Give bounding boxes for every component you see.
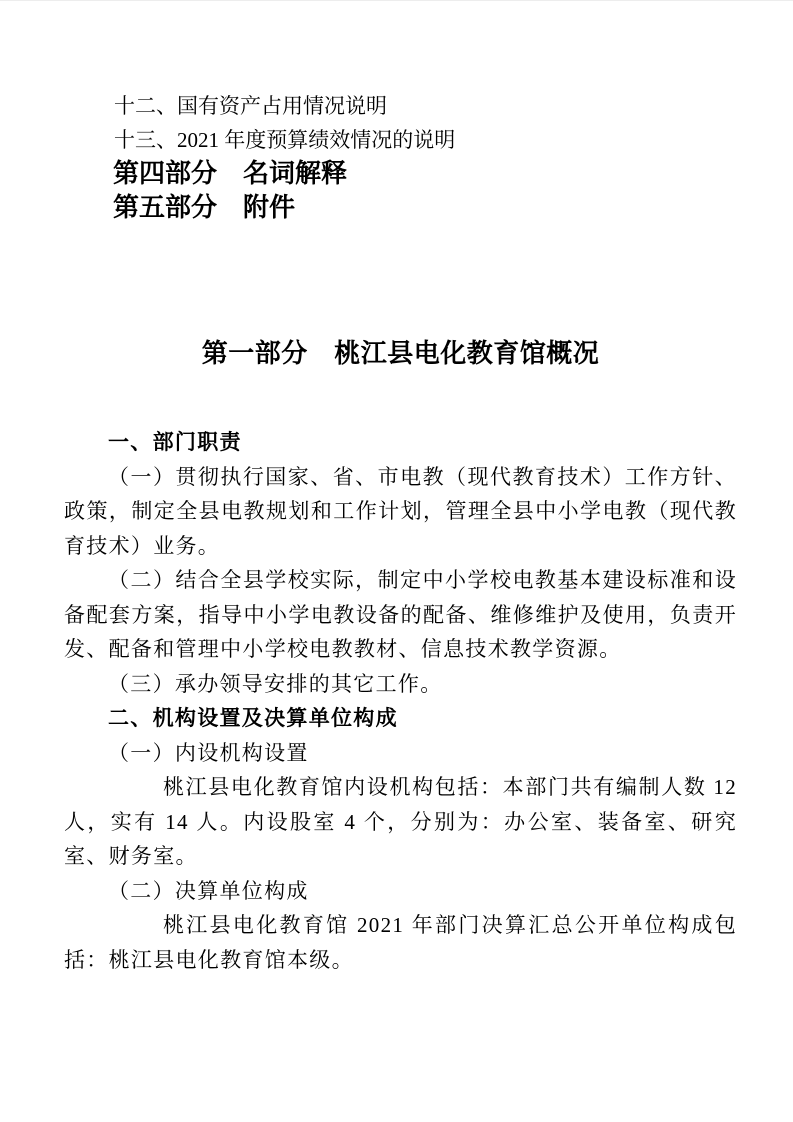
paragraph-duty-1: （一）贯彻执行国家、省、市电教（现代教育技术）工作方针、政策，制定全县电教规划和…	[64, 460, 737, 564]
part-heading-five: 第五部分 附件	[64, 191, 737, 225]
table-of-contents: 十二、国有资产占用情况说明 十三、2021 年度预算绩效情况的说明 第四部分 名…	[64, 89, 737, 225]
document-page: 十二、国有资产占用情况说明 十三、2021 年度预算绩效情况的说明 第四部分 名…	[0, 0, 793, 1122]
toc-item-12: 十二、国有资产占用情况说明	[64, 89, 737, 123]
document-body: 一、部门职责 （一）贯彻执行国家、省、市电教（现代教育技术）工作方针、政策，制定…	[64, 425, 737, 977]
paragraph-internal-setup-label: （一）内设机构设置	[64, 736, 737, 771]
paragraph-unit-composition-detail: 桃江县电化教育馆 2021 年部门决算汇总公开单位构成包括：桃江县电化教育馆本级…	[64, 908, 737, 977]
section-title: 第一部分 桃江县电化教育馆概况	[64, 332, 737, 376]
part-heading-four: 第四部分 名词解释	[64, 157, 737, 191]
paragraph-internal-setup-detail: 桃江县电化教育馆内设机构包括：本部门共有编制人数 12 人，实有 14 人。内设…	[64, 770, 737, 874]
paragraph-duty-3: （三）承办领导安排的其它工作。	[64, 667, 737, 702]
section-heading-duties: 一、部门职责	[64, 425, 737, 460]
paragraph-duty-2: （二）结合全县学校实际，制定中小学校电教基本建设标准和设备配套方案，指导中小学电…	[64, 563, 737, 667]
paragraph-unit-composition-label: （二）决算单位构成	[64, 874, 737, 909]
toc-item-13: 十三、2021 年度预算绩效情况的说明	[64, 123, 737, 157]
section-heading-structure: 二、机构设置及决算单位构成	[64, 701, 737, 736]
